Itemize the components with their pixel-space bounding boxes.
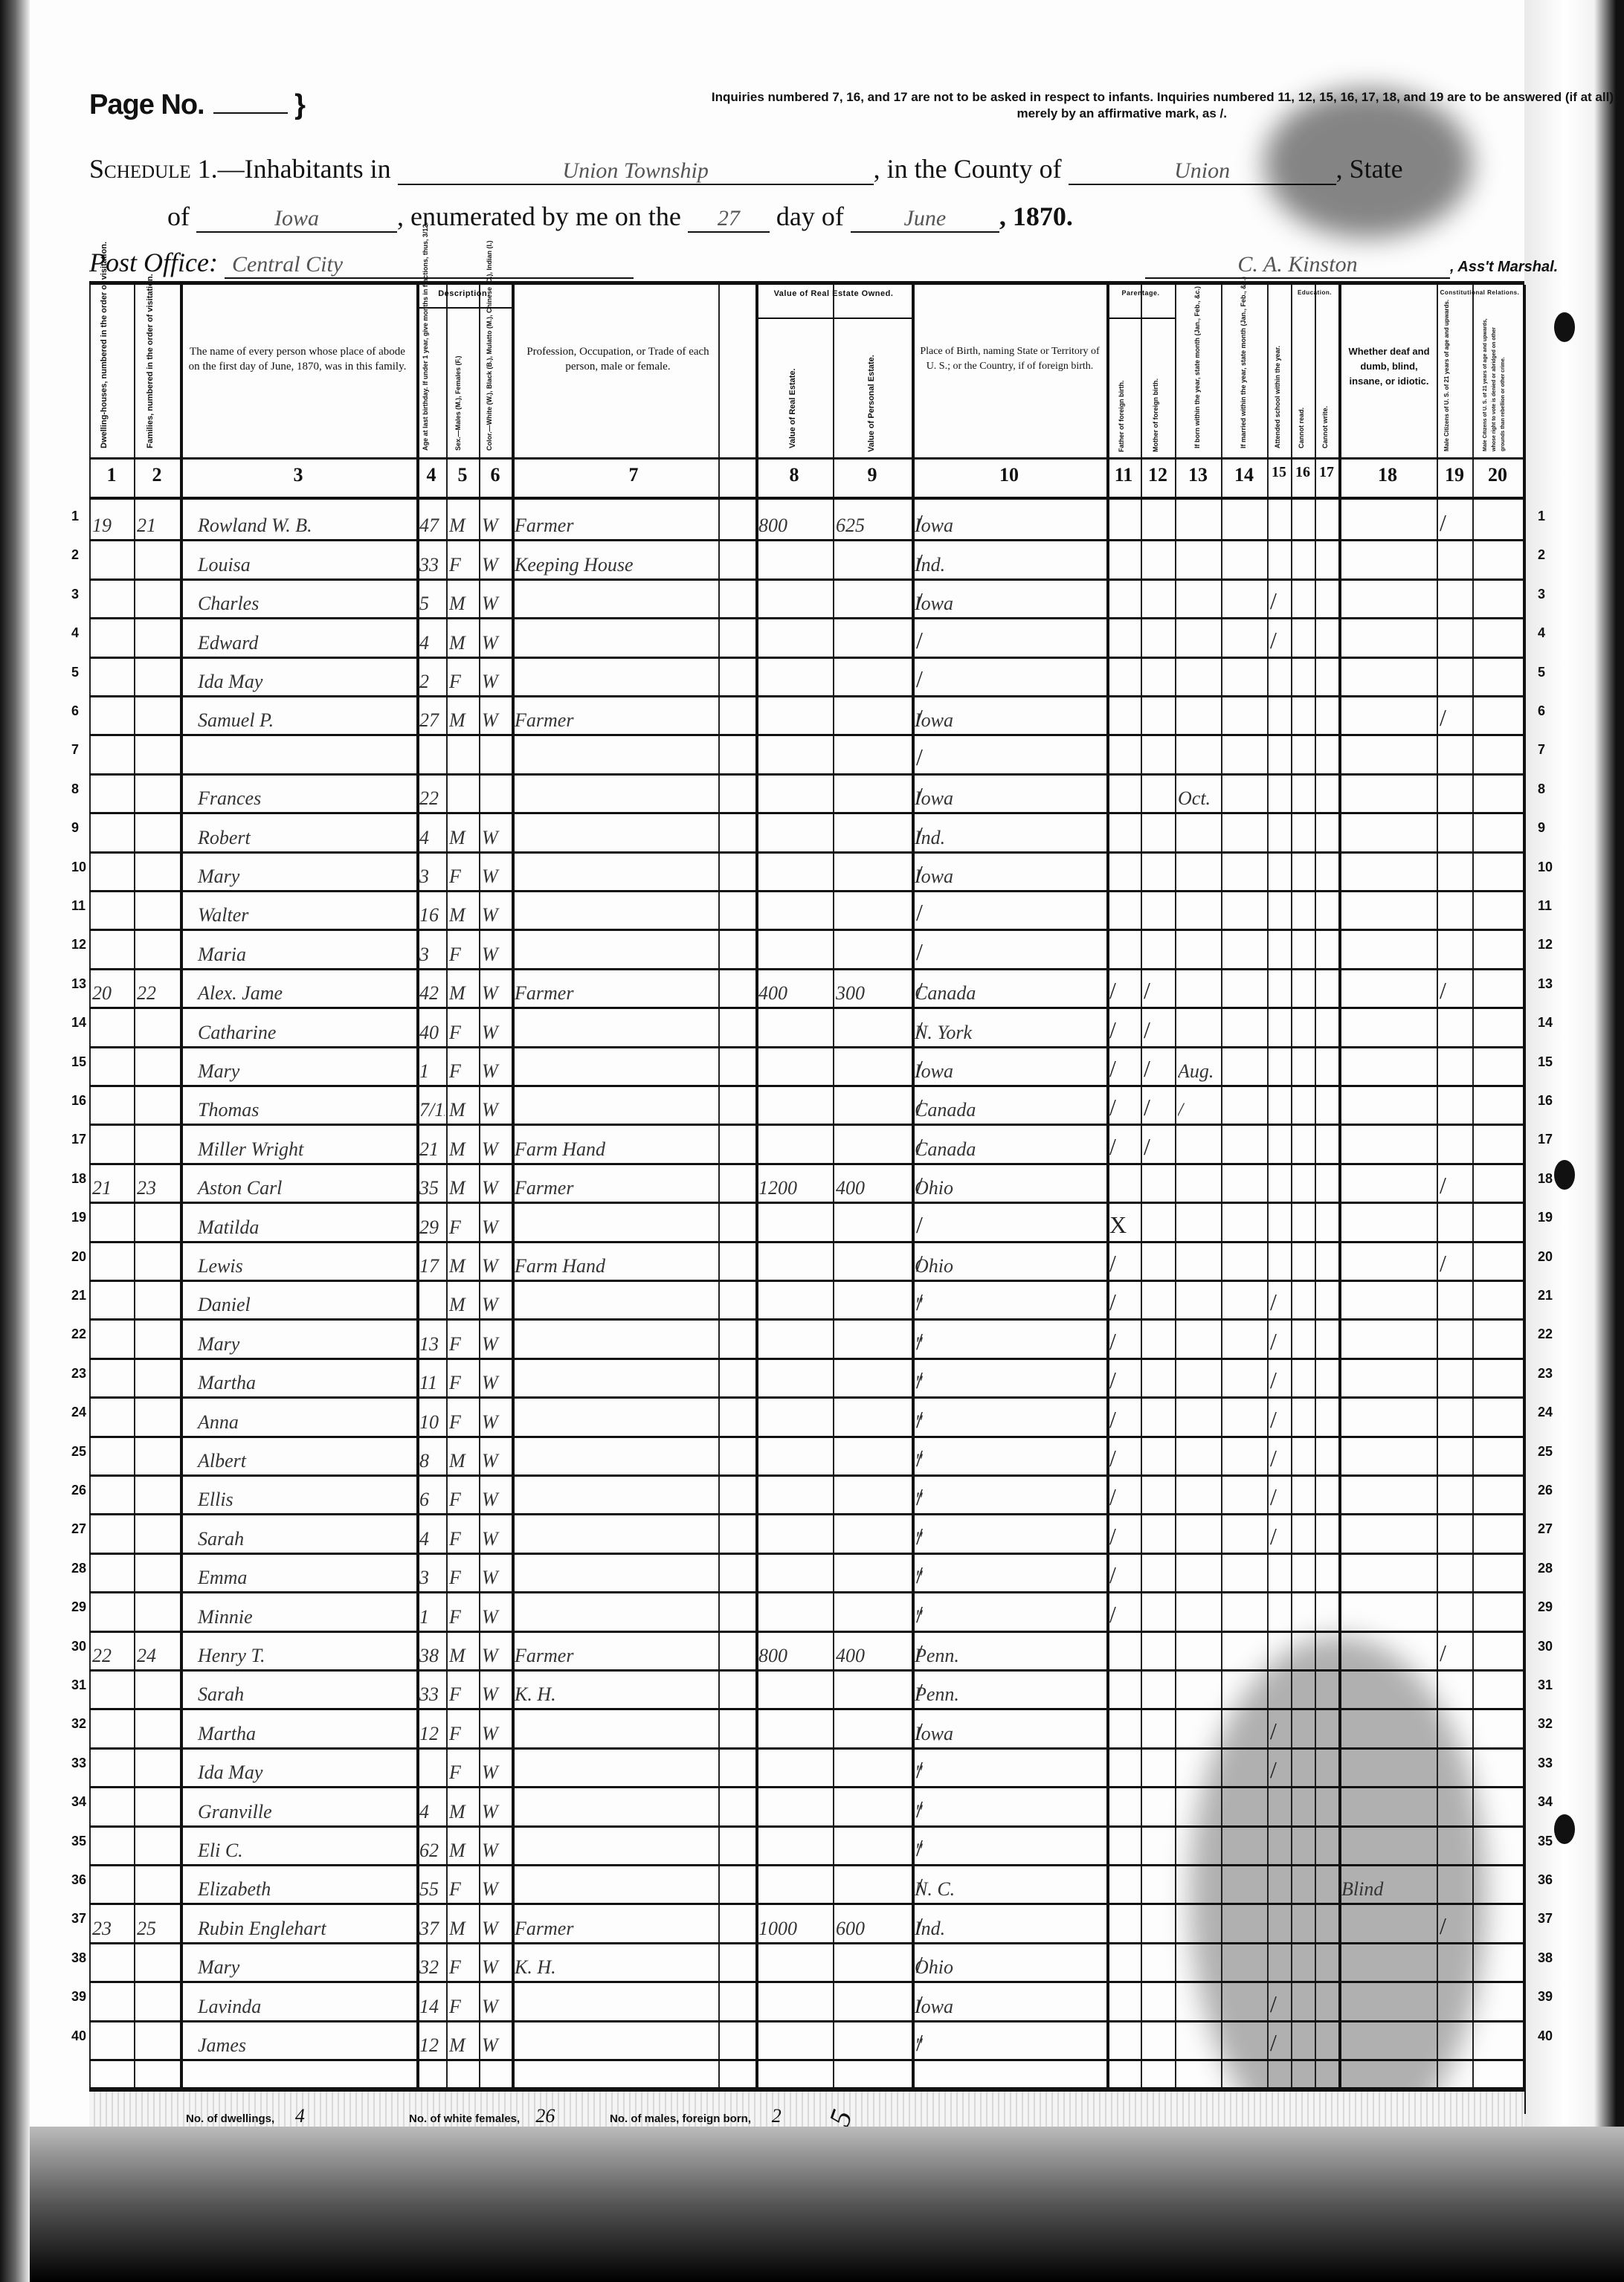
cell-sex: F: [449, 554, 477, 576]
cell-age: 16: [419, 904, 445, 926]
line-number: 21: [1538, 1288, 1553, 1303]
birthplace-check-icon: /: [916, 977, 934, 1005]
cell-d18: Blind: [1341, 1878, 1435, 1901]
cell-age: 42: [419, 982, 445, 1005]
col-number: 3: [180, 464, 416, 486]
cell-birth: Iowa: [915, 866, 1105, 888]
cell-re: 1000: [758, 1918, 831, 1940]
line-number: 6: [1538, 703, 1545, 719]
cell-age: 4: [419, 1528, 445, 1550]
birthplace-check-icon: /: [916, 1133, 934, 1161]
table-row: Robert4MWInd./: [89, 812, 1524, 853]
cell-sex: F: [449, 1956, 477, 1979]
cell-color: W: [482, 827, 510, 849]
table-row: 1921Rowland W. B.47MWFarmer800625Iowa//: [89, 500, 1524, 541]
line-number: 16: [1538, 1093, 1553, 1109]
cell-birth: ": [915, 1411, 1105, 1434]
birthplace-check-icon: /: [916, 1367, 934, 1394]
cell-c19: /: [1440, 1640, 1471, 1667]
header-school: Attended school within the year.: [1273, 300, 1282, 448]
cell-f11: /: [1109, 1406, 1139, 1434]
cell-color: W: [482, 1683, 510, 1706]
cell-birth: Iowa: [915, 515, 1105, 537]
cell-age: 5: [419, 593, 445, 615]
cell-name: Daniel: [183, 1294, 430, 1316]
cell-age: 1: [419, 1060, 445, 1083]
cell-re: 800: [758, 1645, 831, 1667]
header-occupation: Profession, Occupation, or Trade of each…: [525, 344, 711, 374]
line-number: 22: [1538, 1327, 1553, 1342]
cell-color: W: [482, 515, 510, 537]
cell-occ: Farm Hand: [515, 1138, 754, 1161]
cell-birth: ": [915, 1489, 1105, 1511]
cell-f11: /: [1109, 1445, 1139, 1472]
line-number: 7: [71, 742, 79, 758]
cell-color: W: [482, 1138, 510, 1161]
cell-color: W: [482, 632, 510, 654]
birthplace-check-icon: /: [916, 1718, 934, 1745]
cell-sex: M: [449, 632, 477, 654]
cell-name: Eli C.: [183, 1840, 430, 1862]
cell-sex: M: [449, 904, 477, 926]
cell-name: Mary: [183, 1060, 430, 1083]
cell-birth: Ind.: [915, 1918, 1105, 1940]
cell-color: W: [482, 1996, 510, 2018]
birthplace-check-icon: /: [916, 899, 934, 926]
table-row: Albert8MW"///: [89, 1436, 1524, 1477]
birthplace-check-icon: /: [916, 1796, 934, 1823]
cell-color: W: [482, 1878, 510, 1901]
birthplace-check-icon: /: [916, 704, 934, 732]
cell-occ: K. H.: [515, 1956, 754, 1979]
cell-sex: M: [449, 1450, 477, 1472]
line-number: 35: [71, 1834, 86, 1849]
table-row: Lewis17MWFarm HandOhio///: [89, 1241, 1524, 1282]
cell-s15: /: [1270, 1991, 1289, 2018]
column-number-row: 1 2 3 4 5 6 7 8 9 10 11 12 13 14 15 16 1…: [89, 457, 1524, 500]
township-field: Union Township: [398, 158, 874, 185]
line-number: 5: [1538, 665, 1545, 680]
cell-birth: Ind.: [915, 554, 1105, 576]
birthplace-check-icon: /: [916, 744, 934, 771]
table-row: Mary32FWK. H.Ohio/: [89, 1942, 1524, 1983]
line-number: 10: [1538, 860, 1553, 875]
table-row: Anna10FW"///: [89, 1396, 1524, 1437]
cell-color: W: [482, 1801, 510, 1823]
cell-s15: /: [1270, 1445, 1289, 1472]
line-number: 21: [71, 1288, 86, 1303]
line-number: 30: [71, 1639, 86, 1654]
cell-name: Lewis: [183, 1255, 430, 1277]
birthplace-check-icon: /: [916, 665, 934, 693]
header-constitutional-group: Constitutional Relations.: [1437, 289, 1523, 296]
birthplace-check-icon: /: [916, 1055, 934, 1083]
cell-name: Minnie: [183, 1606, 430, 1628]
cell-age: 33: [419, 554, 445, 576]
table-row: /: [89, 734, 1524, 775]
cell-name: Walter: [183, 904, 430, 926]
cell-sex: M: [449, 1099, 477, 1121]
line-number: 37: [1538, 1911, 1553, 1927]
line-number: 1: [1538, 509, 1545, 524]
page-label: Page No.: [89, 89, 204, 120]
birthplace-check-icon: /: [916, 1678, 934, 1706]
cell-age: 8: [419, 1450, 445, 1472]
birthplace-check-icon: /: [916, 1445, 934, 1472]
table-row: Lavinda14FWIowa//: [89, 1981, 1524, 2022]
cell-color: W: [482, 904, 510, 926]
cell-age: 7/12: [419, 1099, 445, 1121]
cell-name: Miller Wright: [183, 1138, 430, 1161]
line-number: 32: [71, 1716, 86, 1732]
birthplace-check-icon: /: [916, 1250, 934, 1277]
summary-white-females: No. of white females, 26: [409, 2105, 567, 2129]
cell-birth: ": [915, 1528, 1105, 1550]
county-label: , in the County of: [874, 154, 1062, 184]
cell-color: W: [482, 1372, 510, 1394]
enumerated-label: , enumerated by me on the: [397, 202, 681, 231]
line-number: 24: [71, 1405, 86, 1420]
line-number: 11: [71, 898, 86, 914]
cell-name: Rowland W. B.: [183, 515, 430, 537]
cell-age: 33: [419, 1683, 445, 1706]
summary-label: No. of males, foreign born,: [610, 2112, 751, 2125]
state-field: Iowa: [196, 206, 397, 233]
line-number: 31: [1538, 1677, 1553, 1693]
col-number: 8: [755, 464, 833, 486]
summary-label: No. of dwellings,: [186, 2112, 274, 2125]
col-number: 2: [134, 464, 180, 486]
cell-f12: /: [1144, 1016, 1173, 1044]
line-number: 28: [71, 1561, 86, 1576]
cell-sex: F: [449, 671, 477, 693]
day-of-label: day of: [776, 202, 844, 231]
cell-sex: F: [449, 866, 477, 888]
cell-color: W: [482, 1411, 510, 1434]
table-row: Mary3FWIowa/: [89, 851, 1524, 892]
cell-sex: M: [449, 1645, 477, 1667]
birthplace-check-icon: /: [916, 1991, 934, 2018]
line-number: 33: [1538, 1756, 1553, 1771]
schedule-label: Schedule: [89, 154, 191, 184]
col-number: 20: [1472, 464, 1523, 486]
cell-s15: /: [1270, 1367, 1289, 1394]
line-number: 31: [71, 1677, 86, 1693]
table-row: DanielMW"///: [89, 1280, 1524, 1321]
col-number: 6: [479, 464, 512, 486]
line-number: 17: [1538, 1132, 1553, 1147]
line-number: 4: [71, 625, 79, 641]
summary-value: 26: [523, 2105, 567, 2129]
cell-age: 4: [419, 632, 445, 654]
cell-birth: N. C.: [915, 1878, 1105, 1901]
table-row: Louisa33FWKeeping HouseInd./: [89, 539, 1524, 580]
cell-color: W: [482, 1294, 510, 1316]
col-number: 12: [1141, 464, 1175, 486]
cell-color: W: [482, 1762, 510, 1784]
line-number: 29: [71, 1599, 86, 1615]
cell-color: W: [482, 1723, 510, 1745]
cell-name: Alex. Jame: [183, 982, 430, 1005]
birthplace-check-icon: /: [916, 938, 934, 966]
header-mother-foreign: Mother of foreign birth.: [1151, 326, 1160, 452]
cell-occ: Farmer: [515, 1918, 754, 1940]
cell-c19: /: [1440, 1250, 1471, 1277]
line-number: 26: [71, 1483, 86, 1498]
schedule-line: Schedule 1.—Inhabitants in Union Townshi…: [89, 153, 1403, 185]
scan-left-edge: [0, 0, 30, 2282]
header-age: Age at last birthday. If under 1 year, g…: [421, 313, 430, 451]
col-number: 13: [1175, 464, 1221, 486]
cell-color: W: [482, 1956, 510, 1979]
cell-name: Mary: [183, 1956, 430, 1979]
cell-sex: F: [449, 1762, 477, 1784]
birthplace-check-icon: /: [916, 860, 934, 888]
cell-age: 3: [419, 1567, 445, 1589]
cell-dw: 21: [92, 1177, 132, 1199]
table-row: Martha11FW"///: [89, 1358, 1524, 1399]
cell-color: W: [482, 1567, 510, 1589]
line-number: 2: [1538, 547, 1545, 563]
line-number: 3: [71, 587, 79, 602]
marshal-signature: C. A. Kinston: [1145, 252, 1450, 279]
cell-f12: /: [1144, 1094, 1173, 1121]
birthplace-check-icon: /: [916, 1601, 934, 1628]
cell-dw: 23: [92, 1918, 132, 1940]
table-row: 2224Henry T.38MWFarmer800400Penn.//: [89, 1631, 1524, 1672]
county-field: Union: [1069, 158, 1336, 185]
cell-s15: /: [1270, 1406, 1289, 1434]
cell-occ: Farmer: [515, 982, 754, 1005]
cell-age: 32: [419, 1956, 445, 1979]
cell-name: Frances: [183, 787, 430, 810]
header-sex: Sex.—Males (M.), Females (F.): [454, 313, 463, 451]
cell-sex: F: [449, 1683, 477, 1706]
cell-fam: 24: [137, 1645, 178, 1667]
table-row: Sarah4FW"///: [89, 1513, 1524, 1554]
table-row: Samuel P.27MWFarmerIowa//: [89, 695, 1524, 736]
cell-re: 1200: [758, 1177, 831, 1199]
cell-sex: F: [449, 1216, 477, 1239]
line-number: 9: [71, 820, 79, 836]
census-year: , 1870.: [999, 202, 1073, 231]
birthplace-check-icon: /: [916, 509, 934, 537]
line-number: 25: [1538, 1444, 1553, 1460]
line-number: 26: [1538, 1483, 1553, 1498]
col-number: 19: [1437, 464, 1472, 486]
table-row: Thomas7/12MWCanada////: [89, 1085, 1524, 1126]
cell-color: W: [482, 1918, 510, 1940]
census-table: Dwelling-houses, numbered in the order o…: [89, 281, 1524, 2114]
header-color: Color.—White (W.), Black (B.), Mulatto (…: [485, 313, 494, 451]
cell-s15: /: [1270, 1328, 1289, 1356]
cell-s15: /: [1270, 1523, 1289, 1550]
cell-birth: ": [915, 2034, 1105, 2057]
line-number: 28: [1538, 1561, 1553, 1576]
table-row: Charles5MWIowa//: [89, 578, 1524, 619]
line-number: 32: [1538, 1716, 1553, 1732]
header-description-group: Description.: [416, 289, 512, 298]
cell-c19: /: [1440, 977, 1471, 1005]
col-number: 17: [1315, 464, 1338, 481]
cell-name: Ida May: [183, 1762, 430, 1784]
summary-value: 4: [277, 2105, 322, 2129]
cell-fam: 22: [137, 982, 178, 1005]
cell-c19: /: [1440, 704, 1471, 732]
cell-pe: 400: [836, 1177, 910, 1199]
cell-occ: Farmer: [515, 515, 754, 537]
cell-birth: Iowa: [915, 709, 1105, 732]
summary-value: 2: [754, 2105, 799, 2129]
cell-name: Maria: [183, 944, 430, 966]
cell-sex: M: [449, 982, 477, 1005]
cell-name: Albert: [183, 1450, 430, 1472]
cell-c19: /: [1440, 509, 1471, 537]
cell-name: Rubin Englehart: [183, 1918, 430, 1940]
birthplace-check-icon: /: [916, 1328, 934, 1356]
cell-sex: M: [449, 827, 477, 849]
table-row: Emma3FW"//: [89, 1553, 1524, 1593]
cell-sex: F: [449, 1333, 477, 1356]
line-number: 23: [1538, 1366, 1553, 1382]
cell-sex: F: [449, 1723, 477, 1745]
line-number: 14: [71, 1015, 86, 1031]
header-cannot-read: Cannot read.: [1297, 329, 1306, 448]
table-row: Catharine40FWN. York///: [89, 1007, 1524, 1048]
line-number: 8: [71, 781, 79, 797]
birthplace-check-icon: /: [916, 1094, 934, 1121]
group-rule: [416, 307, 512, 309]
cell-sex: F: [449, 1411, 477, 1434]
cell-occ: K. H.: [515, 1683, 754, 1706]
cell-birth: Ohio: [915, 1255, 1105, 1277]
cell-age: 4: [419, 1801, 445, 1823]
line-number: 40: [71, 2028, 86, 2044]
birthplace-check-icon: /: [916, 627, 934, 654]
table-row: Mary13FW"///: [89, 1318, 1524, 1359]
cell-birth: Canada: [915, 1099, 1105, 1121]
cell-birth: ": [915, 1606, 1105, 1628]
cell-name: Emma: [183, 1567, 430, 1589]
enumeration-line: of Iowa, enumerated by me on the 27 day …: [167, 201, 1073, 233]
cell-f11: X: [1109, 1211, 1139, 1239]
cell-color: W: [482, 1645, 510, 1667]
birthplace-check-icon: /: [916, 1834, 934, 1862]
line-number: 33: [71, 1756, 86, 1771]
cell-color: W: [482, 1099, 510, 1121]
cell-age: 35: [419, 1177, 445, 1199]
cell-name: Samuel P.: [183, 709, 430, 732]
header-parentage-group: Parentage.: [1106, 289, 1175, 297]
line-number: 18: [71, 1171, 86, 1187]
birthplace-check-icon: /: [916, 1640, 934, 1667]
line-number: 16: [71, 1093, 86, 1109]
cell-age: 37: [419, 1918, 445, 1940]
cell-birth: Penn.: [915, 1645, 1105, 1667]
cell-dw: 20: [92, 982, 132, 1005]
line-number: 15: [71, 1054, 86, 1070]
cell-occ: Keeping House: [515, 554, 754, 576]
line-number: 34: [1538, 1794, 1553, 1810]
cell-fam: 21: [137, 515, 178, 537]
cell-age: 17: [419, 1255, 445, 1277]
binding-hole-icon: [1554, 1814, 1575, 1844]
table-row: Ida MayFW"//: [89, 1747, 1524, 1788]
cell-name: Anna: [183, 1411, 430, 1434]
table-row: 2123Aston Carl35MWFarmer1200400Ohio//: [89, 1163, 1524, 1204]
line-number: 29: [1538, 1599, 1553, 1615]
cell-birth: Iowa: [915, 787, 1105, 810]
cell-sex: M: [449, 1177, 477, 1199]
line-number: 40: [1538, 2028, 1553, 2044]
header-cannot-write: Cannot write.: [1321, 329, 1330, 448]
cell-birth: ": [915, 1294, 1105, 1316]
birthplace-check-icon: /: [916, 1561, 934, 1589]
cell-f11: /: [1109, 1601, 1139, 1628]
cell-color: W: [482, 554, 510, 576]
line-number: 6: [71, 703, 79, 719]
cell-f11: /: [1109, 1328, 1139, 1356]
cell-occ: Farmer: [515, 709, 754, 732]
line-number: 27: [1538, 1521, 1553, 1537]
header-education-group: Education.: [1291, 289, 1338, 296]
line-number: 38: [71, 1950, 86, 1966]
col-number: 11: [1106, 464, 1141, 486]
cell-birth: ": [915, 1372, 1105, 1394]
group-rule: [755, 318, 912, 319]
line-number: 27: [71, 1521, 86, 1537]
cell-name: Aston Carl: [183, 1177, 430, 1199]
cell-sex: F: [449, 1996, 477, 2018]
cell-color: W: [482, 2034, 510, 2057]
table-row: Edward4MW//: [89, 617, 1524, 658]
cell-sex: F: [449, 1372, 477, 1394]
table-row: Ellis6FW"///: [89, 1474, 1524, 1515]
cell-pe: 625: [836, 515, 910, 537]
line-number: 23: [71, 1366, 86, 1382]
table-row: Martha12FWIowa//: [89, 1708, 1524, 1749]
cell-color: W: [482, 1489, 510, 1511]
cell-color: W: [482, 1255, 510, 1277]
cell-fam: 23: [137, 1177, 178, 1199]
table-row: Walter16MW/: [89, 890, 1524, 931]
cell-sex: M: [449, 1840, 477, 1862]
cell-occ: Farm Hand: [515, 1255, 754, 1277]
cell-name: Mary: [183, 866, 430, 888]
birthplace-check-icon: /: [916, 822, 934, 849]
cell-sex: F: [449, 944, 477, 966]
cell-age: 12: [419, 2034, 445, 2057]
cell-occ: Farmer: [515, 1645, 754, 1667]
cell-sex: M: [449, 1801, 477, 1823]
cell-sex: M: [449, 593, 477, 615]
table-row: James12MW"//: [89, 2020, 1524, 2061]
cell-birth: N. York: [915, 1022, 1105, 1044]
cell-sex: M: [449, 709, 477, 732]
cell-birth: ": [915, 1567, 1105, 1589]
col-number: 5: [446, 464, 479, 486]
cell-age: 13: [419, 1333, 445, 1356]
line-number: 10: [71, 860, 86, 875]
table-row: Miller Wright21MWFarm HandCanada///: [89, 1124, 1524, 1164]
cell-f11: /: [1109, 1250, 1139, 1277]
summary-label: No. of white females,: [409, 2112, 520, 2125]
cell-name: Robert: [183, 827, 430, 849]
cell-age: 29: [419, 1216, 445, 1239]
cell-m13: /: [1178, 1099, 1219, 1121]
header-vote-denied: Male Citizens of U. S. of 21 years of ag…: [1481, 318, 1518, 451]
cell-f11: /: [1109, 1523, 1139, 1550]
